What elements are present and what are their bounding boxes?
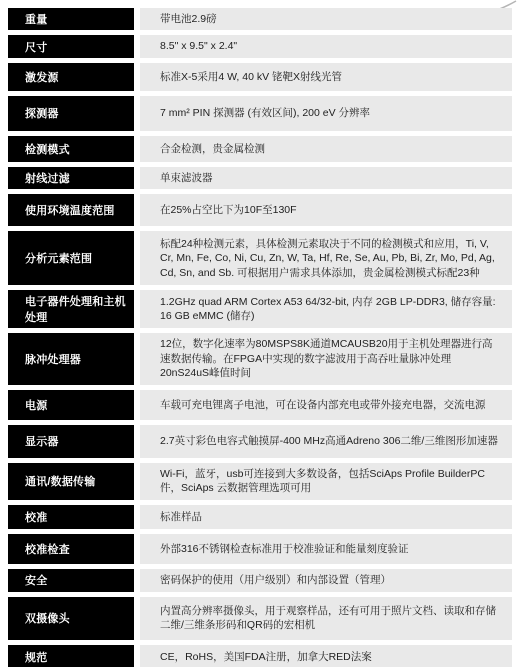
spec-value: 标准X-5采用4 W, 40 kV 铑靶X射线光管 xyxy=(140,63,512,91)
spec-value: Wi-Fi，蓝牙，usb可连接到大多数设备，包括SciAps Profile B… xyxy=(140,463,512,500)
spec-label: 双摄像头 xyxy=(8,597,134,640)
spec-row-weight: 重量 带电池2.9磅 xyxy=(8,8,512,30)
spec-label: 探测器 xyxy=(8,96,134,131)
spec-value: 12位，数字化速率为80MSPS8K通道MCAUSB20用于主机处理器进行高速数… xyxy=(140,333,512,384)
spec-value: 标准样品 xyxy=(140,505,512,529)
spec-row-detector: 探测器 7 mm² PIN 探测器 (有效区间), 200 eV 分辨率 xyxy=(8,96,512,131)
spec-row-electronics-processing: 电子器件处理和主机处理 1.2GHz quad ARM Cortex A53 6… xyxy=(8,290,512,328)
spec-value: 密码保护的使用（用户级别）和内部设置（管理） xyxy=(140,569,512,592)
spec-row-dual-camera: 双摄像头 内置高分辨率摄像头，用于观察样品，还有可用于照片文档、读取和存储二维/… xyxy=(8,597,512,640)
spec-row-compliance: 规范 CE，RoHS，美国FDA注册，加拿大RED法案 xyxy=(8,645,512,667)
spec-label: 尺寸 xyxy=(8,35,134,57)
spec-value: 合金检测，贵金属检测 xyxy=(140,136,512,162)
spec-row-communication: 通讯/数据传输 Wi-Fi，蓝牙，usb可连接到大多数设备，包括SciAps P… xyxy=(8,463,512,500)
spec-value: 1.2GHz quad ARM Cortex A53 64/32-bit, 内存… xyxy=(140,290,512,328)
spec-value: 外部316不锈钢检查标准用于校准验证和能量刻度验证 xyxy=(140,534,512,564)
spec-row-pulse-processor: 脉冲处理器 12位，数字化速率为80MSPS8K通道MCAUSB20用于主机处理… xyxy=(8,333,512,384)
spec-label: 安全 xyxy=(8,569,134,592)
spec-row-calibration-check: 校准检查 外部316不锈钢检查标准用于校准验证和能量刻度验证 xyxy=(8,534,512,564)
spec-label: 规范 xyxy=(8,645,134,667)
spec-label: 脉冲处理器 xyxy=(8,333,134,384)
spec-row-calibration: 校准 标准样品 xyxy=(8,505,512,529)
spec-label: 通讯/数据传输 xyxy=(8,463,134,500)
spec-row-display: 显示器 2.7英寸彩色电容式触摸屏-400 MHz高通Adreno 306二维/… xyxy=(8,425,512,458)
spec-table: 重量 带电池2.9磅 尺寸 8.5" x 9.5" x 2.4" 激发源 标准X… xyxy=(8,8,512,667)
spec-label: 重量 xyxy=(8,8,134,30)
spec-row-operating-temperature: 使用环境温度范围 在25%占空比下为10F至130F xyxy=(8,194,512,226)
spec-row-excitation-source: 激发源 标准X-5采用4 W, 40 kV 铑靶X射线光管 xyxy=(8,63,512,91)
spec-label: 射线过滤 xyxy=(8,167,134,189)
spec-value: 在25%占空比下为10F至130F xyxy=(140,194,512,226)
spec-row-power: 电源 车载可充电锂离子电池，可在设备内部充电或带外接充电器，交流电源 xyxy=(8,390,512,420)
spec-label: 电源 xyxy=(8,390,134,420)
spec-row-detection-mode: 检测模式 合金检测，贵金属检测 xyxy=(8,136,512,162)
spec-value: CE，RoHS，美国FDA注册，加拿大RED法案 xyxy=(140,645,512,667)
spec-row-beam-filter: 射线过滤 单束滤波器 xyxy=(8,167,512,189)
spec-row-dimensions: 尺寸 8.5" x 9.5" x 2.4" xyxy=(8,35,512,57)
spec-value: 带电池2.9磅 xyxy=(140,8,512,30)
spec-label: 检测模式 xyxy=(8,136,134,162)
spec-label: 校准 xyxy=(8,505,134,529)
spec-label: 校准检查 xyxy=(8,534,134,564)
spec-label: 使用环境温度范围 xyxy=(8,194,134,226)
spec-value: 7 mm² PIN 探测器 (有效区间), 200 eV 分辨率 xyxy=(140,96,512,131)
spec-value: 单束滤波器 xyxy=(140,167,512,189)
spec-value: 2.7英寸彩色电容式触摸屏-400 MHz高通Adreno 306二维/三维图形… xyxy=(140,425,512,458)
spec-label: 显示器 xyxy=(8,425,134,458)
spec-value: 内置高分辨率摄像头，用于观察样品，还有可用于照片文档、读取和存储二维/三维条形码… xyxy=(140,597,512,640)
spec-label: 电子器件处理和主机处理 xyxy=(8,290,134,328)
spec-value: 车载可充电锂离子电池，可在设备内部充电或带外接充电器，交流电源 xyxy=(140,390,512,420)
spec-label: 激发源 xyxy=(8,63,134,91)
spec-value: 8.5" x 9.5" x 2.4" xyxy=(140,35,512,57)
spec-row-element-range: 分析元素范围 标配24种检测元素，具体检测元素取决于不同的检测模式和应用，Ti,… xyxy=(8,231,512,285)
spec-row-security: 安全 密码保护的使用（用户级别）和内部设置（管理） xyxy=(8,569,512,592)
spec-label: 分析元素范围 xyxy=(8,231,134,285)
spec-value: 标配24种检测元素，具体检测元素取决于不同的检测模式和应用，Ti, V, Cr,… xyxy=(140,231,512,285)
spec-sheet-page: 重量 带电池2.9磅 尺寸 8.5" x 9.5" x 2.4" 激发源 标准X… xyxy=(0,0,517,667)
